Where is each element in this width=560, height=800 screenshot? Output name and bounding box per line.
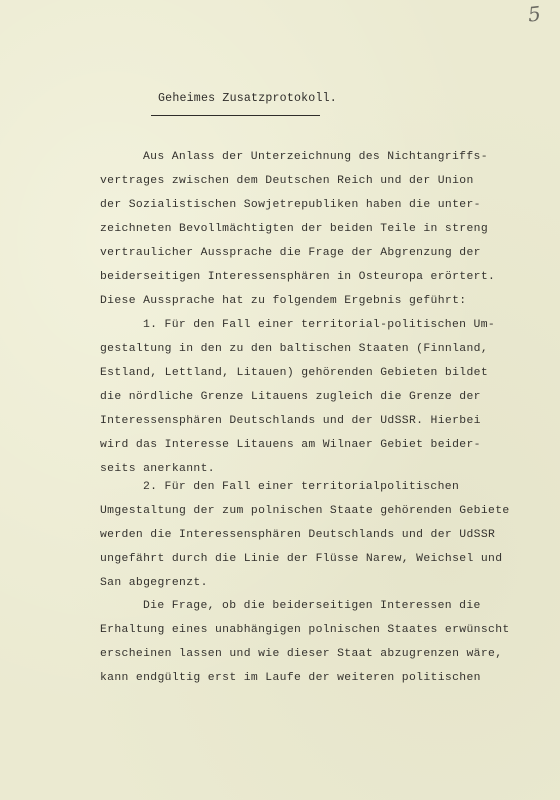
text-line: vertrages zwischen dem Deutschen Reich u… (100, 174, 474, 188)
text-line: wird das Interesse Litauens am Wilnaer G… (100, 438, 481, 452)
text-line: seits anerkannt. (100, 462, 215, 476)
document-title: Geheimes Zusatzprotokoll. (158, 92, 337, 105)
text-line: kann endgültig erst im Laufe der weitere… (100, 671, 481, 685)
text-line: ungefährt durch die Linie der Flüsse Nar… (100, 552, 502, 566)
text-line: Diese Aussprache hat zu folgendem Ergebn… (100, 294, 466, 308)
text-line: Aus Anlass der Unterzeichnung des Nichta… (143, 150, 488, 164)
text-line: erscheinen lassen und wie dieser Staat a… (100, 647, 502, 661)
text-line: werden die Interessensphären Deutschland… (100, 528, 495, 542)
text-line: 2. Für den Fall einer territorialpolitis… (143, 480, 459, 494)
text-line: San abgegrenzt. (100, 576, 208, 590)
text-line: Estland, Lettland, Litauen) gehörenden G… (100, 366, 488, 380)
text-line: Umgestaltung der zum polnischen Staate g… (100, 504, 510, 518)
text-line: Interessensphären Deutschlands und der U… (100, 414, 481, 428)
text-line: vertraulicher Aussprache die Frage der A… (100, 246, 481, 260)
text-line: Die Frage, ob die beiderseitigen Interes… (143, 599, 481, 613)
text-line: gestaltung in den zu den baltischen Staa… (100, 342, 488, 356)
text-line: Erhaltung eines unabhängigen polnischen … (100, 623, 510, 637)
title-underline (151, 115, 320, 116)
text-line: beiderseitigen Interessensphären in Oste… (100, 270, 495, 284)
text-line: der Sozialistischen Sowjetrepubliken hab… (100, 198, 481, 212)
text-line: zeichneten Bevollmächtigten der beiden T… (100, 222, 488, 236)
document-page: 5 Geheimes Zusatzprotokoll. Aus Anlass d… (0, 0, 560, 800)
handwritten-page-number: 5 (527, 1, 542, 26)
text-line: 1. Für den Fall einer territorial-politi… (143, 318, 495, 332)
text-line: die nördliche Grenze Litauens zugleich d… (100, 390, 481, 404)
